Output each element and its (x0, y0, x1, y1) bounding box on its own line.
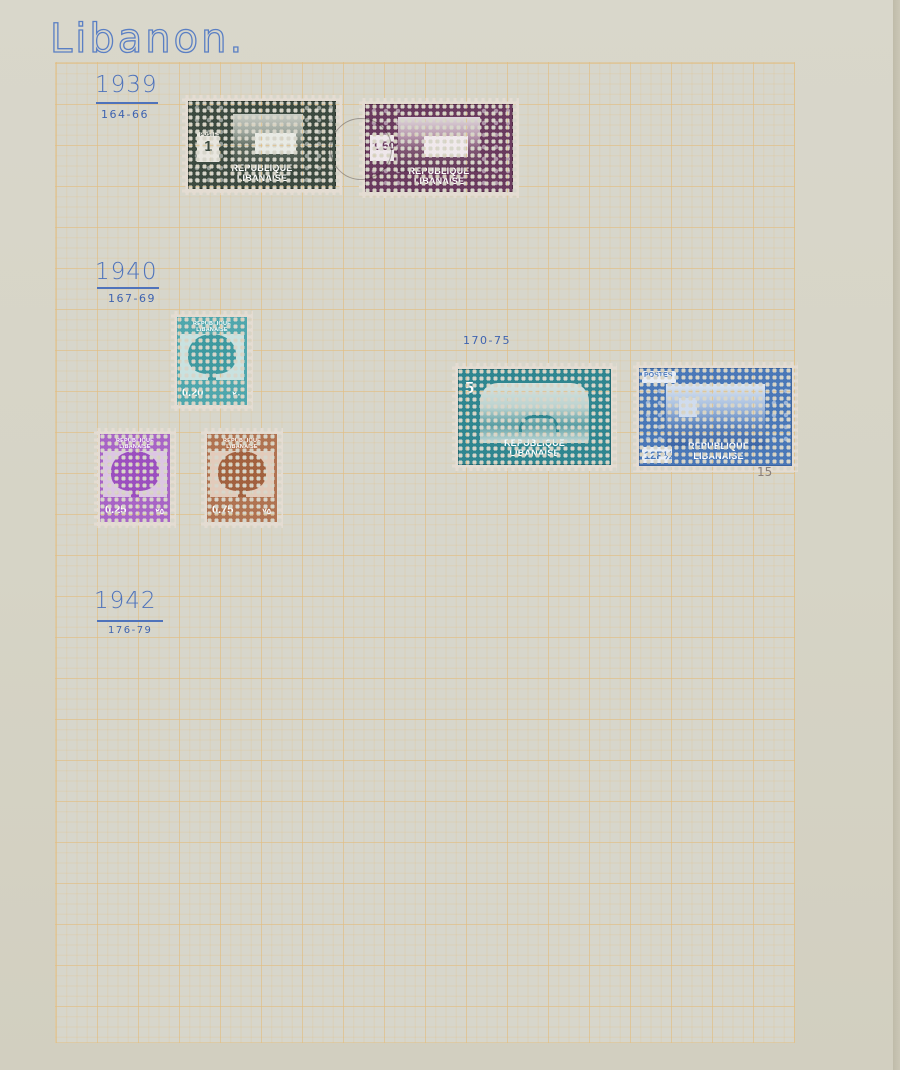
year-underline (97, 620, 163, 622)
year-heading-1939: 1939 (95, 72, 158, 98)
arabic-value: ٧٥ (262, 507, 271, 516)
ornament-border (768, 385, 789, 447)
stamp-value: 12P½ (644, 450, 673, 462)
stamp-12-50p-waterfall[interactable]: POSTES 12P½ REPUBLIQUE LIBANAISE (633, 362, 798, 472)
postmark (330, 118, 392, 180)
catalog-range-1940: 167-69 (108, 292, 156, 305)
stamp-inscription: REPUBLIQUE LIBANAISE (180, 320, 244, 334)
country-heading: Libanon. (50, 16, 245, 62)
stamp-inscription: REPUBLIQUE LIBANAISE (673, 441, 764, 461)
stamp-inscription: REPUBLIQUE LIBANAISE (489, 438, 580, 458)
stamp-value: 0.20 (182, 387, 203, 399)
stamp-inscription: REPUBLIQUE LIBANAISE (392, 166, 485, 186)
ornament-border (642, 385, 663, 447)
album-page: Libanon. 1939 164-66 1940 167-69 1942 17… (0, 0, 893, 1070)
stamp-value: 5 (465, 380, 474, 398)
catalog-range-1942: 176-79 (108, 625, 152, 636)
stamp-1939-1-piastre[interactable]: POSTES 1 REPUBLIQUE LIBANAISE (182, 95, 342, 195)
catalog-range-1939: 164-66 (101, 108, 149, 121)
value-label: POSTES (644, 372, 672, 379)
page-edge (893, 0, 900, 1070)
stamp-value: 0.25 (105, 504, 126, 516)
stamp-inscription: REPUBLIQUE LIBANAISE (103, 437, 167, 451)
stamp-inscription: REPUBLIQUE LIBANAISE (215, 163, 308, 183)
stamp-value: 1 (204, 138, 212, 155)
stamp-1940-cedar-0-25[interactable]: REPUBLIQUE LIBANAISE 0.25 ٢٥ (94, 428, 176, 528)
year-underline (96, 102, 158, 104)
stamp-5p-nahr-el-kelb[interactable]: 5 REPUBLIQUE LIBANAISE (452, 363, 617, 471)
arabic-value: ٢٥ (155, 507, 164, 516)
graph-paper-grid (55, 62, 795, 1043)
year-heading-1940: 1940 (95, 259, 158, 285)
catalog-range-annotation: 170-75 (463, 334, 511, 347)
pencil-note: 15 (757, 465, 772, 479)
stamp-value: 0.75 (212, 504, 233, 516)
year-underline (97, 287, 159, 289)
year-heading-1942: 1942 (94, 588, 157, 614)
stamp-1940-cedar-0-75[interactable]: REPUBLIQUE LIBANAISE 0.75 ٧٥ (201, 428, 283, 528)
stamp-inscription: REPUBLIQUE LIBANAISE (210, 437, 274, 451)
stamp-1940-cedar-0-20[interactable]: REPUBLIQUE LIBANAISE 0.20 ٢٠ (171, 311, 253, 411)
arabic-value: ٢٠ (232, 390, 241, 399)
